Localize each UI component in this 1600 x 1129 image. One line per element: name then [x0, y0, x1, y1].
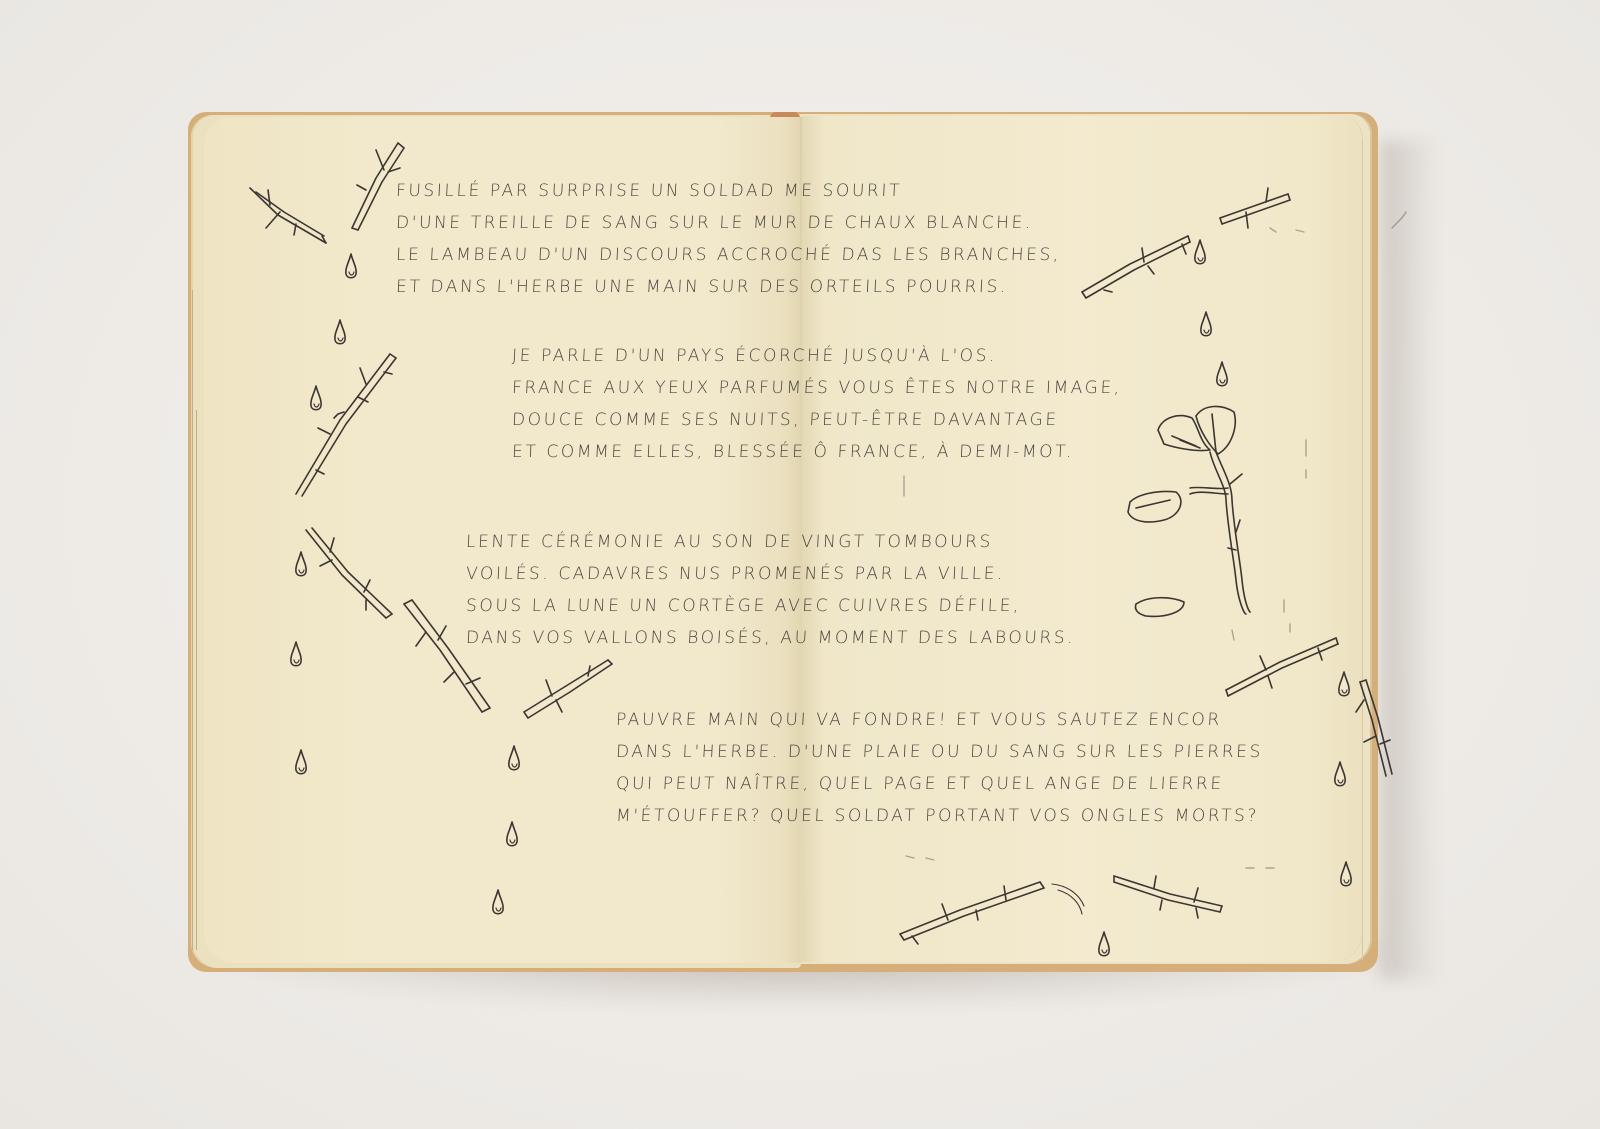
- blood-drop-icon: [296, 750, 306, 774]
- thorn-branch-icon: [1220, 188, 1290, 228]
- thorn-branch-icon: [296, 354, 396, 496]
- blood-drop-icon: [509, 746, 519, 770]
- thorn-branch-icon: [1226, 638, 1338, 696]
- thorn-branch-icon: [524, 660, 612, 718]
- pencil-marks: [904, 212, 1406, 868]
- blood-drop-icon: [296, 552, 306, 576]
- blood-drop-icon: [311, 386, 321, 410]
- thorn-branch-icon: [250, 188, 326, 243]
- blood-drop-icon: [291, 642, 301, 666]
- blood-drop-icon: [335, 320, 345, 344]
- blood-drop-icon: [507, 822, 517, 846]
- thorn-branch-icon: [404, 600, 490, 712]
- blood-drop-icon: [1201, 312, 1211, 336]
- blood-drop-icon: [346, 254, 356, 278]
- blood-drop-icon: [1341, 862, 1351, 886]
- blood-drop-icon: [493, 890, 503, 914]
- blood-drop-icon: [1217, 362, 1227, 386]
- thorn-branch-icon: [1082, 236, 1190, 298]
- blood-drop-icon: [1335, 762, 1345, 786]
- thorn-branch-icon: [306, 528, 392, 618]
- blood-drop-icon: [1339, 672, 1349, 696]
- flower-stem-icon: [1128, 406, 1250, 616]
- motion-lines-icon: [1052, 884, 1084, 914]
- blood-drop-icon: [1099, 932, 1109, 956]
- thorn-branch-icon: [1114, 876, 1222, 918]
- ink-illustrations: [0, 0, 1600, 1129]
- thorn-branch-icon: [352, 143, 404, 230]
- thorn-branch-icon: [1356, 680, 1392, 776]
- blood-drop-icon: [1195, 240, 1205, 264]
- thorn-branch-icon: [900, 882, 1044, 944]
